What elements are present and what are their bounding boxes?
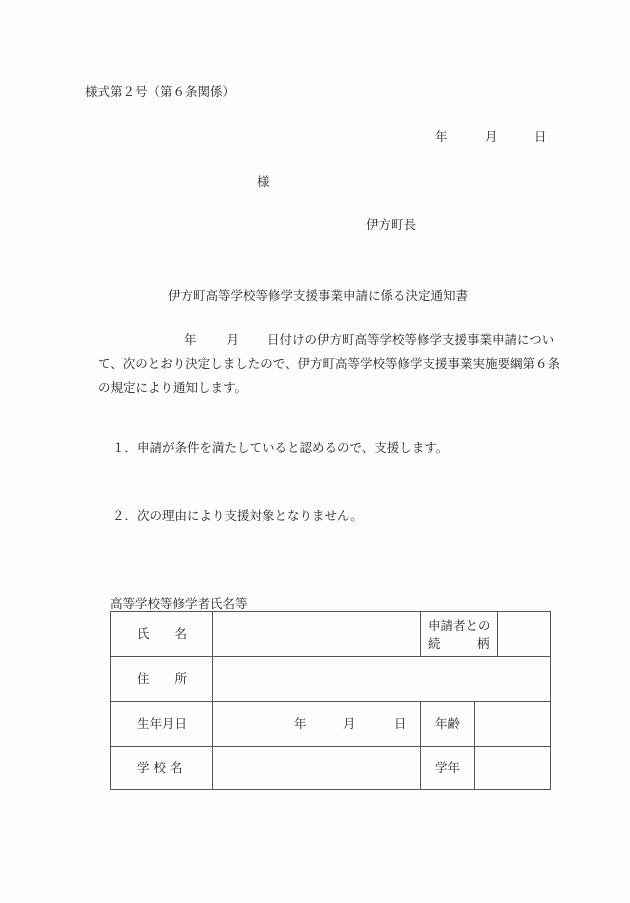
col-divider <box>420 612 421 656</box>
document-title: 伊方町高等学校等修学支援事業申請に係る決定通知書 <box>168 290 468 303</box>
address-field[interactable] <box>213 657 551 701</box>
body-line-2: て、次のとおり決定しましたので、伊方町高等学校等修学支援事業実施要綱第６条 <box>98 352 558 376</box>
name-label: 氏 名 <box>137 628 187 641</box>
grade-label: 学年 <box>435 762 460 775</box>
body-month-label: 月 <box>227 332 240 347</box>
addressee: 様 <box>257 176 270 189</box>
address-label: 住 所 <box>137 673 187 686</box>
birth-month-label: 月 <box>343 718 356 731</box>
age-label: 年齢 <box>435 718 460 731</box>
grade-field[interactable] <box>475 747 551 790</box>
name-field[interactable] <box>213 612 420 656</box>
birthdate-field[interactable] <box>213 702 420 746</box>
form-number: 様式第２号（第６条関係） <box>85 86 235 99</box>
date-month-label: 月 <box>485 131 498 144</box>
table-caption: 高等学校等修学者氏名等 <box>110 598 248 611</box>
birth-year-label: 年 <box>294 718 307 731</box>
student-info-table: 氏 名 申請者との 続 柄 住 所 生年月日 年 月 日 年齢 学 校 名 学年 <box>110 611 551 790</box>
body-line-1: 年月日付けの伊方町高等学校等修学支援事業申請につい <box>98 328 558 352</box>
relation-label-line1: 申請者との <box>428 620 491 633</box>
relation-label-line2a: 続 <box>428 638 441 651</box>
age-field[interactable] <box>475 702 551 746</box>
school-field[interactable] <box>213 747 420 790</box>
body-line-3: の規定により通知します。 <box>98 376 558 400</box>
issuer: 伊方町長 <box>366 219 416 232</box>
birth-day-label: 日 <box>394 718 407 731</box>
body-text: 年月日付けの伊方町高等学校等修学支援事業申請につい て、次のとおり決定しましたの… <box>98 328 558 400</box>
school-label: 学 校 名 <box>137 762 182 775</box>
body-year-label: 年 <box>184 332 197 347</box>
date-year-label: 年 <box>435 131 448 144</box>
decision-item-rejected: ２．次の理由により支援対象となりません。 <box>112 510 363 523</box>
col-divider <box>420 701 421 790</box>
relation-label-line2b: 柄 <box>477 638 490 651</box>
decision-item-approved: １．申請が条件を満たしていると認めるので、支援します。 <box>112 442 448 455</box>
body-line-1-rest: 日付けの伊方町高等学校等修学支援事業申請につい <box>267 332 554 347</box>
relation-field[interactable] <box>498 612 551 656</box>
date-day-label: 日 <box>534 131 547 144</box>
birthdate-label: 生年月日 <box>137 718 187 731</box>
